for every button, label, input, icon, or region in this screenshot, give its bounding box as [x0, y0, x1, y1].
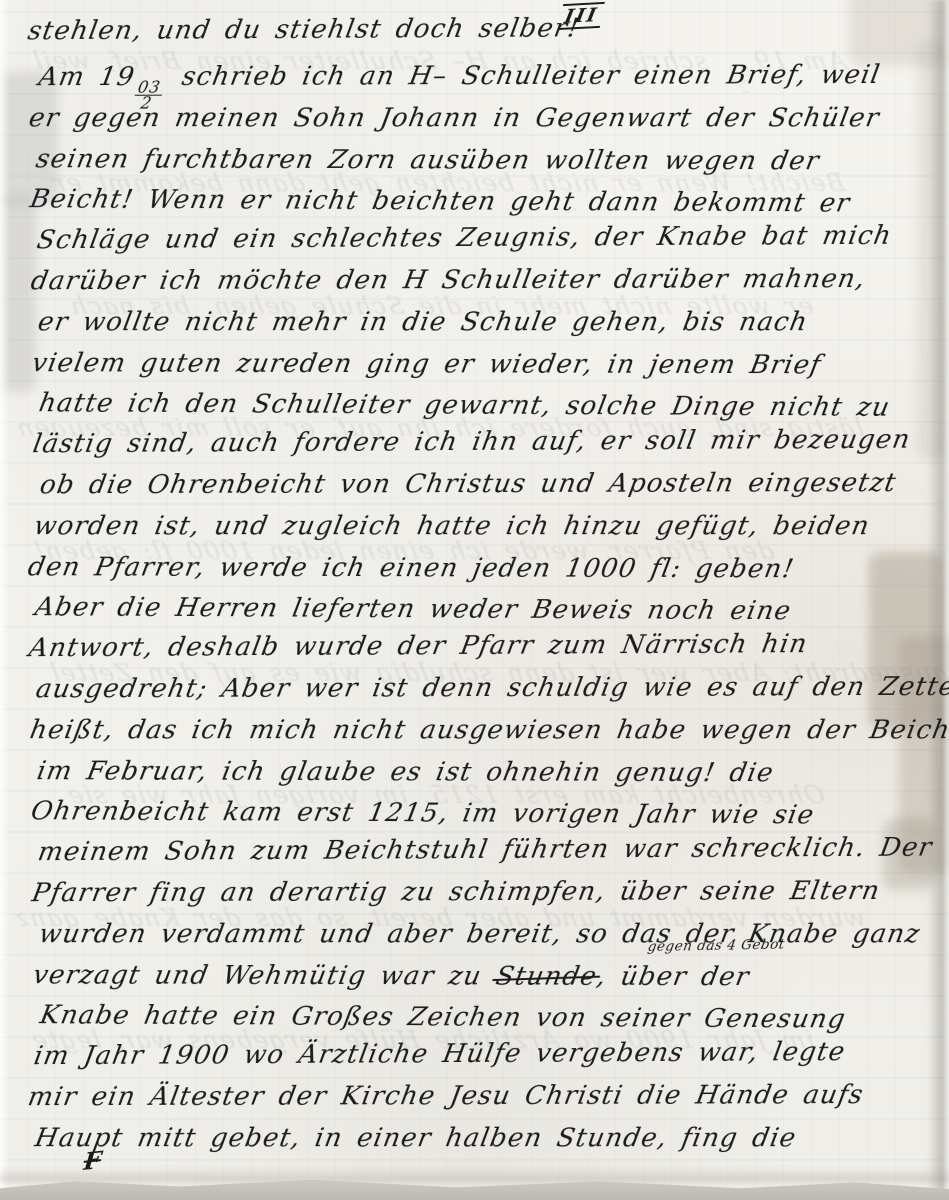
handwriting-line: verzagt und Wehmütig war zu Stunde, über… — [31, 962, 752, 990]
handwriting-line: Knabe hatte ein Großes Zeichen von seine… — [38, 1002, 848, 1032]
handwriting-line: meinem Sohn zum Beichtstuhl führten war … — [36, 835, 935, 866]
interlinear-insertion: gegen das 4 Gebot — [647, 937, 786, 955]
letter-page: Am 19032 schrieb ich an H– Schulleiter e… — [0, 0, 949, 1200]
handwriting-line: Pfarrer fing an derartig zu schimpfen, ü… — [30, 878, 882, 906]
handwriting-line: heißt, das ich mich nicht ausgewiesen ha… — [28, 717, 949, 743]
handwriting-line: lästig sind, auch fordere ich ihn auf, e… — [31, 427, 913, 458]
handwriting-line: Haupt mitt gebet, in einer halben Stunde… — [33, 1125, 799, 1151]
handwriting-layer: stehlen, und du stiehlst doch selber!Am … — [0, 0, 949, 1200]
handwriting-line: stehlen, und du stiehlst doch selber! — [26, 15, 582, 44]
handwriting-line: Aber die Herren lieferten weder Beweis n… — [33, 594, 794, 624]
struck-word: Stunde — [493, 961, 599, 991]
handwriting-line: ob die Ohrenbeicht von Christus und Apos… — [38, 470, 899, 498]
handwriting-line: Beicht! Wenn er nicht beichten geht dann… — [28, 186, 852, 216]
handwriting-line: er wollte nicht mehr in die Schule gehen… — [36, 309, 810, 335]
handwriting-line: Antwort, deshalb wurde der Pfarr zum När… — [27, 631, 810, 661]
handwriting-line: vielem guten zureden ging er wieder, in … — [30, 350, 824, 378]
handwriting-line: seinen furchtbaren Zorn ausüben wollten … — [34, 146, 822, 174]
handwriting-line: mir ein Ältester der Kirche Jesu Christi… — [26, 1082, 866, 1110]
handwriting-line: hatte ich den Schulleiter gewarnt, solch… — [37, 390, 893, 420]
handwriting-line: ausgedreht; Aber wer ist denn schuldig w… — [34, 674, 949, 702]
handwriting-line: Schläge und ein schlechtes Zeugnis, der … — [35, 223, 894, 253]
handwriting-line: worden ist, und zugleich hatte ich hinzu… — [32, 513, 872, 539]
handwriting-line: den Pfarrer, werde ich einen jeden 1000 … — [26, 554, 797, 582]
handwriting-line: im Jahr 1900 wo Ärztliche Hülfe vergeben… — [32, 1039, 848, 1069]
handwriting-line: er gegen meinen Sohn Johann in Gegenwart… — [27, 105, 882, 131]
handwriting-line: Ohrenbeicht kam erst 1215, im vorigen Ja… — [29, 798, 817, 828]
handwriting-line: darüber ich möchte den H Schulleiter dar… — [29, 266, 868, 294]
torn-edge-shadow — [0, 1168, 949, 1182]
handwriting-line: wurden verdammt und aber bereit, so das … — [37, 921, 923, 947]
handwriting-line: im Februar, ich glaube es ist ohnehin ge… — [35, 758, 776, 786]
